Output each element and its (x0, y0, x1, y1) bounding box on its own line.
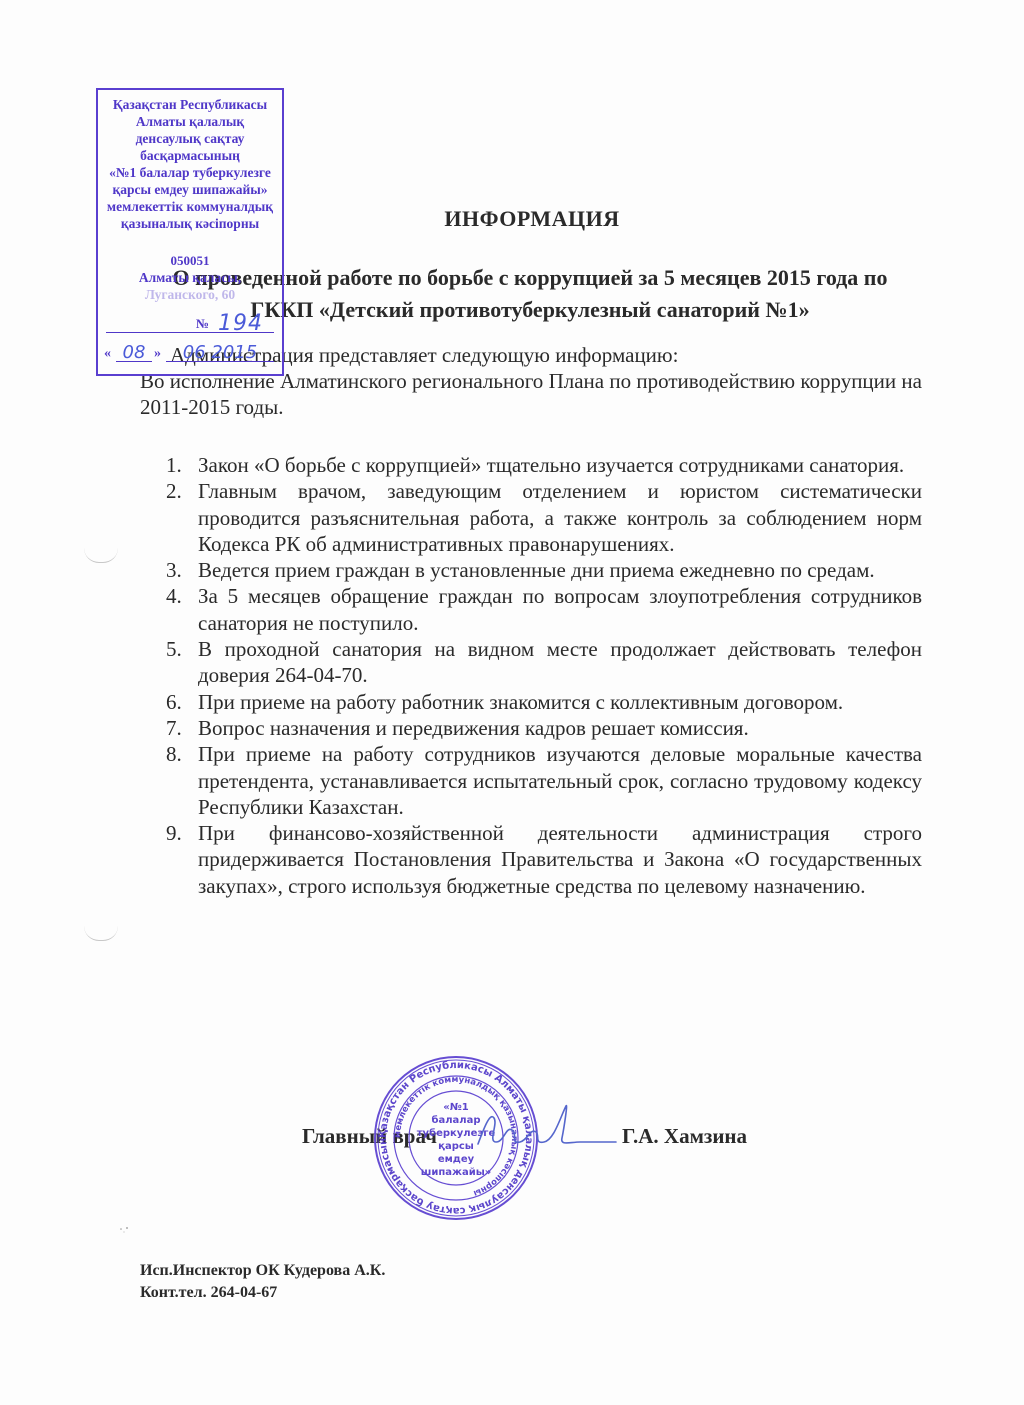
stamp-line: қазыналық кәсіпорны (98, 215, 282, 232)
list-item: 3.Ведется прием граждан в установленные … (160, 557, 922, 583)
list-item-number: 7. (166, 715, 182, 741)
list-item-text: Главным врачом, заведующим отделением и … (198, 479, 922, 556)
stamp-line: басқармасының (98, 147, 282, 164)
list-item-text: При приеме на работу работник знакомится… (198, 690, 843, 714)
stamp-line: мемлекеттік коммуналдық (98, 198, 282, 215)
list-item-text: Вопрос назначения и передвижения кадров … (198, 716, 749, 740)
list-item-text: При финансово-хозяйственной деятельности… (198, 821, 922, 898)
list-item-number: 8. (166, 741, 182, 767)
seal-center-line: «№1 (443, 1102, 468, 1113)
list-item-number: 1. (166, 452, 182, 478)
list-item-number: 6. (166, 689, 182, 715)
list-item-text: Ведется прием граждан в установленные дн… (198, 558, 875, 582)
stamp-date-day: 08 (116, 344, 152, 362)
list-item: 9.При финансово-хозяйственной деятельнос… (160, 820, 922, 899)
handwritten-signature-icon (470, 1098, 620, 1158)
list-item-text: При приеме на работу сотрудников изучают… (198, 742, 922, 819)
stamp-line: денсаулық сақтау (98, 130, 282, 147)
stamp-date-close-quote: » (154, 345, 161, 362)
list-item: 2.Главным врачом, заведующим отделением … (160, 478, 922, 557)
measures-list: 1.Закон «О борьбе с коррупцией» тщательн… (160, 452, 922, 899)
stamp-postal-index: 050051 (98, 252, 282, 269)
list-item-text: За 5 месяцев обращение граждан по вопрос… (198, 584, 922, 634)
list-item: 7.Вопрос назначения и передвижения кадро… (160, 715, 922, 741)
executor-name: Исп.Инспектор ОК Кудерова А.К. (140, 1260, 385, 1282)
punch-hole-mark (84, 548, 118, 563)
list-item: 5.В проходной санатория на видном месте … (160, 636, 922, 689)
seal-center-line: шипажайы» (421, 1167, 492, 1178)
stamp-date-row: « 08 » 06 2015 (104, 340, 274, 362)
executor-footer: Исп.Инспектор ОК Кудерова А.К. Конт.тел.… (140, 1260, 385, 1304)
punch-hole-mark (84, 926, 118, 941)
list-item-number: 3. (166, 557, 182, 583)
executor-phone: Конт.тел. 264-04-67 (140, 1282, 385, 1304)
signatory-name: Г.А. Хамзина (622, 1124, 747, 1149)
list-item-number: 5. (166, 636, 182, 662)
list-item: 1.Закон «О борьбе с коррупцией» тщательн… (160, 452, 922, 478)
registration-stamp: Қазақстан Республикасы Алматы қалалық де… (96, 88, 284, 376)
stamp-line: Қазақстан Республикасы (98, 96, 282, 113)
stamp-number-row: № 194 (106, 308, 274, 333)
stamp-number-label: № (196, 315, 209, 332)
list-item-number: 4. (166, 583, 182, 609)
scan-speck-icon (118, 1226, 138, 1234)
list-item: 4.За 5 месяцев обращение граждан по вопр… (160, 583, 922, 636)
stamp-line: қарсы емдеу шипажайы» (98, 181, 282, 198)
stamp-line: «№1 балалар туберкулезге (98, 164, 282, 181)
stamp-number-value: 194 (218, 315, 263, 332)
stamp-date-month-year: 06 2015 (166, 344, 274, 362)
list-item: 8.При приеме на работу сотрудников изуча… (160, 741, 922, 820)
document-page: Қазақстан Республикасы Алматы қалалық де… (0, 0, 1024, 1405)
stamp-line: Алматы қалалық (98, 113, 282, 130)
list-item-number: 2. (166, 478, 182, 504)
seal-center-line: қарсы (438, 1141, 474, 1152)
list-item-text: Закон «О борьбе с коррупцией» тщательно … (198, 453, 904, 477)
stamp-street: Луганского, 60 (98, 286, 282, 303)
stamp-city: Алматы қаласы, (98, 269, 282, 286)
list-item-number: 9. (166, 820, 182, 846)
stamp-date-open-quote: « (104, 345, 111, 362)
list-item-text: В проходной санатория на видном месте пр… (198, 637, 922, 687)
list-item: 6.При приеме на работу работник знакомит… (160, 689, 922, 715)
